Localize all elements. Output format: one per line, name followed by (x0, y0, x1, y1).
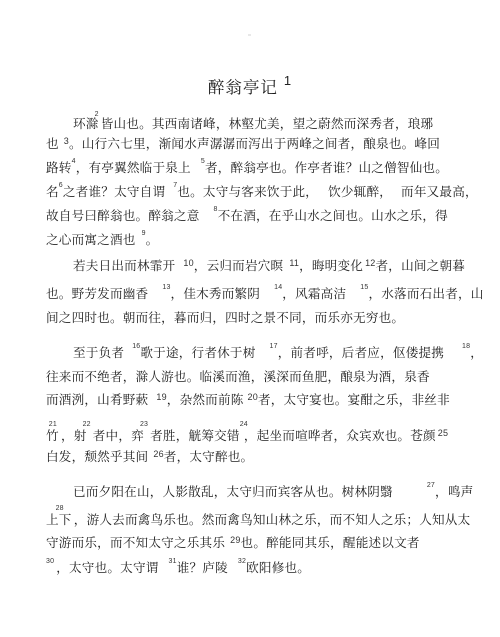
text-segment: 歌于途，行者休于树 (140, 345, 255, 360)
footnote-marker: 8 (214, 206, 218, 213)
text-segment: 之者谁？太守自谓 (63, 184, 165, 199)
footnote-marker: 23 (140, 421, 148, 428)
text-segment: 至于负者 (73, 345, 124, 360)
footnote-marker: 2 (95, 111, 99, 118)
text-segment: ，水落而石出者，山 (368, 286, 483, 301)
footnote-marker: 1 (284, 73, 292, 88)
footnote-marker: 3 (64, 138, 69, 145)
footnote-marker: 28 (56, 505, 64, 512)
text-segment: 者胜，觥筹交错 (150, 428, 240, 443)
scan-speck (248, 34, 251, 36)
text-segment: 环滁 (73, 116, 99, 131)
text-segment: ，太守也。太守谓 (56, 560, 158, 575)
text-segment: 路转 (46, 160, 72, 175)
footnote-marker: 16 (132, 343, 140, 350)
text-segment: 。山行六七里，渐闻水声潺潺而泻出于两峰之间者，酿泉也。峰回 (69, 136, 440, 151)
title-text: 醉翁亭记 (208, 78, 278, 97)
text-segment: ， (470, 345, 483, 360)
footnote-marker: 7 (173, 182, 177, 189)
text-line: 之心而寓之酒也9。 (46, 232, 158, 248)
text-segment: ，佳木秀而繁阴 (171, 286, 261, 301)
text-segment: ，云归而岩穴暝 (194, 258, 284, 273)
document-page: 醉翁亭记1 环滁2皆山也。其西南诸峰，林壑尤美，望之蔚然而深秀者，琅琊 也3。山… (0, 0, 500, 637)
text-segment: 者，山间之朝暮 (375, 258, 465, 273)
text-segment: 皆山也。其西南诸峰，林壑尤美，望之蔚然而深秀者，琅琊 (101, 116, 434, 131)
footnote-marker: 32 (238, 558, 246, 565)
text-segment: 欧阳修也。 (246, 560, 310, 575)
text-line: 间之四时也。朝而往，暮而归，四时之景不同，而乐亦无穷也。 (46, 310, 404, 326)
text-segment: 而酒洌，山肴野蔌 (46, 392, 148, 407)
text-line: 上下28，游人去而禽鸟乐也。然而禽鸟知山林之乐，而不知人之乐；人知从太 (46, 512, 470, 528)
text-line: 也3。山行六七里，渐闻水声潺潺而泻出于两峰之间者，酿泉也。峰回 (46, 136, 440, 152)
text-segment: 饮少辄醉， (328, 184, 392, 199)
text-line: 环滁2皆山也。其西南诸峰，林壑尤美，望之蔚然而深秀者，琅琊 (73, 116, 433, 132)
footnote-marker: 30 (46, 558, 54, 565)
text-line: 故自号曰醉翁也。醉翁之意8不在酒，在乎山水之间也。山水之乐，得 (46, 208, 448, 224)
text-line: 名6之者谁？太守自谓7也。太守与客来饮于此，饮少辄醉，而年又最高， (46, 184, 478, 200)
text-segment: ，起坐而喧哗者，众宾欢也。苍颜 (244, 428, 436, 443)
footnote-marker: 4 (72, 158, 76, 165)
footnote-marker: 19 (156, 394, 166, 401)
footnote-marker: 31 (169, 558, 177, 565)
text-segment: 间之四时也。朝而往，暮而归，四时之景不同，而乐亦无穷也。 (46, 310, 404, 325)
footnote-marker: 6 (59, 182, 63, 189)
text-segment: 者，太守醉也。 (164, 449, 254, 464)
footnote-marker: 24 (240, 421, 248, 428)
footnote-marker: 25 (438, 430, 448, 437)
text-line: 至于负者16歌于途，行者休于树17，前者呼，后者应，伛偻提携18， (73, 345, 483, 361)
text-segment: ，风霜高洁 (282, 286, 346, 301)
text-line: 往来而不绝者，滁人游也。临溪而渔，溪深而鱼肥，酿泉为酒，泉香 (46, 369, 430, 385)
footnote-marker: 15 (360, 284, 368, 291)
text-segment: ，游人去而禽鸟乐也。然而禽鸟知山林之乐，而不知人之乐；人知从太 (74, 512, 471, 527)
text-segment: 谁？庐陵 (177, 560, 228, 575)
text-line: 30，太守也。太守谓31谁？庐陵32欧阳修也。 (46, 560, 310, 576)
footnote-marker: 12 (365, 260, 375, 267)
text-segment: 白发，颓然乎其间 (46, 449, 148, 464)
text-segment: 不在酒，在乎山水之间也。山水之乐，得 (218, 208, 448, 223)
text-segment: 已而夕阳在山，人影散乱，太守归而宾客从也。树林阴翳 (73, 484, 393, 499)
text-segment: 者，醉翁亭也。作亭者谁？山之僧智仙也。 (205, 160, 448, 175)
text-segment: 往来而不绝者，滁人游也。临溪而渔，溪深而鱼肥，酿泉为酒，泉香 (46, 369, 430, 384)
text-segment: ，晦明变化 (299, 258, 363, 273)
text-segment: ，鸣声 (435, 484, 473, 499)
footnote-marker: 22 (83, 421, 91, 428)
footnote-marker: 5 (201, 158, 205, 165)
footnote-marker: 17 (270, 343, 278, 350)
text-segment: 若夫日出而林霏开 (73, 258, 175, 273)
footnote-marker: 26 (153, 451, 163, 458)
footnote-marker: 20 (248, 394, 258, 401)
text-segment: 而年又最高， (401, 184, 478, 199)
footnote-marker: 13 (162, 284, 170, 291)
footnote-marker: 18 (462, 343, 470, 350)
text-segment: 也。野芳发而幽香 (46, 286, 148, 301)
text-segment: 也。醉能同其乐，醒能述以文者 (241, 535, 420, 550)
footnote-marker: 14 (274, 284, 282, 291)
text-segment: 守游而乐，而不知太守之乐其乐 (46, 535, 225, 550)
text-segment: 也 (46, 136, 59, 151)
text-segment: 者，太守宴也。宴酣之乐，非丝非 (258, 392, 450, 407)
footnote-marker: 21 (49, 421, 57, 428)
footnote-marker: 27 (427, 482, 435, 489)
text-segment: 竹 (46, 428, 59, 443)
text-segment: 上下 (46, 512, 72, 527)
text-segment: 之心而寓之酒也 (46, 232, 136, 247)
text-line: 竹21，射22者中，弈23者胜，觥筹交错24，起坐而喧哗者，众宾欢也。苍颜25 (46, 428, 448, 444)
text-line: 路转4，有亭翼然临于泉上5者，醉翁亭也。作亭者谁？山之僧智仙也。 (46, 160, 448, 176)
text-line: 也。野芳发而幽香13，佳木秀而繁阴14，风霜高洁15，水落而石出者，山 (46, 286, 484, 302)
text-segment: ，射 (61, 428, 87, 443)
text-segment: 。 (146, 232, 159, 247)
text-line: 守游而乐，而不知太守之乐其乐29也。醉能同其乐，醒能述以文者 (46, 535, 420, 551)
document-title: 醉翁亭记1 (0, 74, 500, 98)
footnote-marker: 29 (230, 537, 240, 544)
text-segment: ，杂然而前陈 (167, 392, 244, 407)
text-line: 已而夕阳在山，人影散乱，太守归而宾客从也。树林阴翳27，鸣声 (73, 484, 473, 500)
text-line: 白发，颓然乎其间26者，太守醉也。 (46, 449, 253, 465)
text-segment: 者中，弈 (93, 428, 144, 443)
text-segment: ，前者呼，后者应，伛偻提携 (278, 345, 444, 360)
text-segment: 也。太守与客来饮于此， (177, 184, 318, 199)
text-segment: 名 (46, 184, 59, 199)
footnote-marker: 10 (183, 260, 193, 267)
footnote-marker: 9 (142, 230, 146, 237)
text-line: 而酒洌，山肴野蔌19，杂然而前陈20者，太守宴也。宴酣之乐，非丝非 (46, 392, 450, 408)
text-segment: ，有亭翼然临于泉上 (76, 160, 191, 175)
footnote-marker: 11 (289, 260, 299, 267)
text-line: 若夫日出而林霏开10，云归而岩穴暝11，晦明变化12者，山间之朝暮 (73, 258, 465, 274)
text-segment: 故自号曰醉翁也。醉翁之意 (46, 208, 200, 223)
